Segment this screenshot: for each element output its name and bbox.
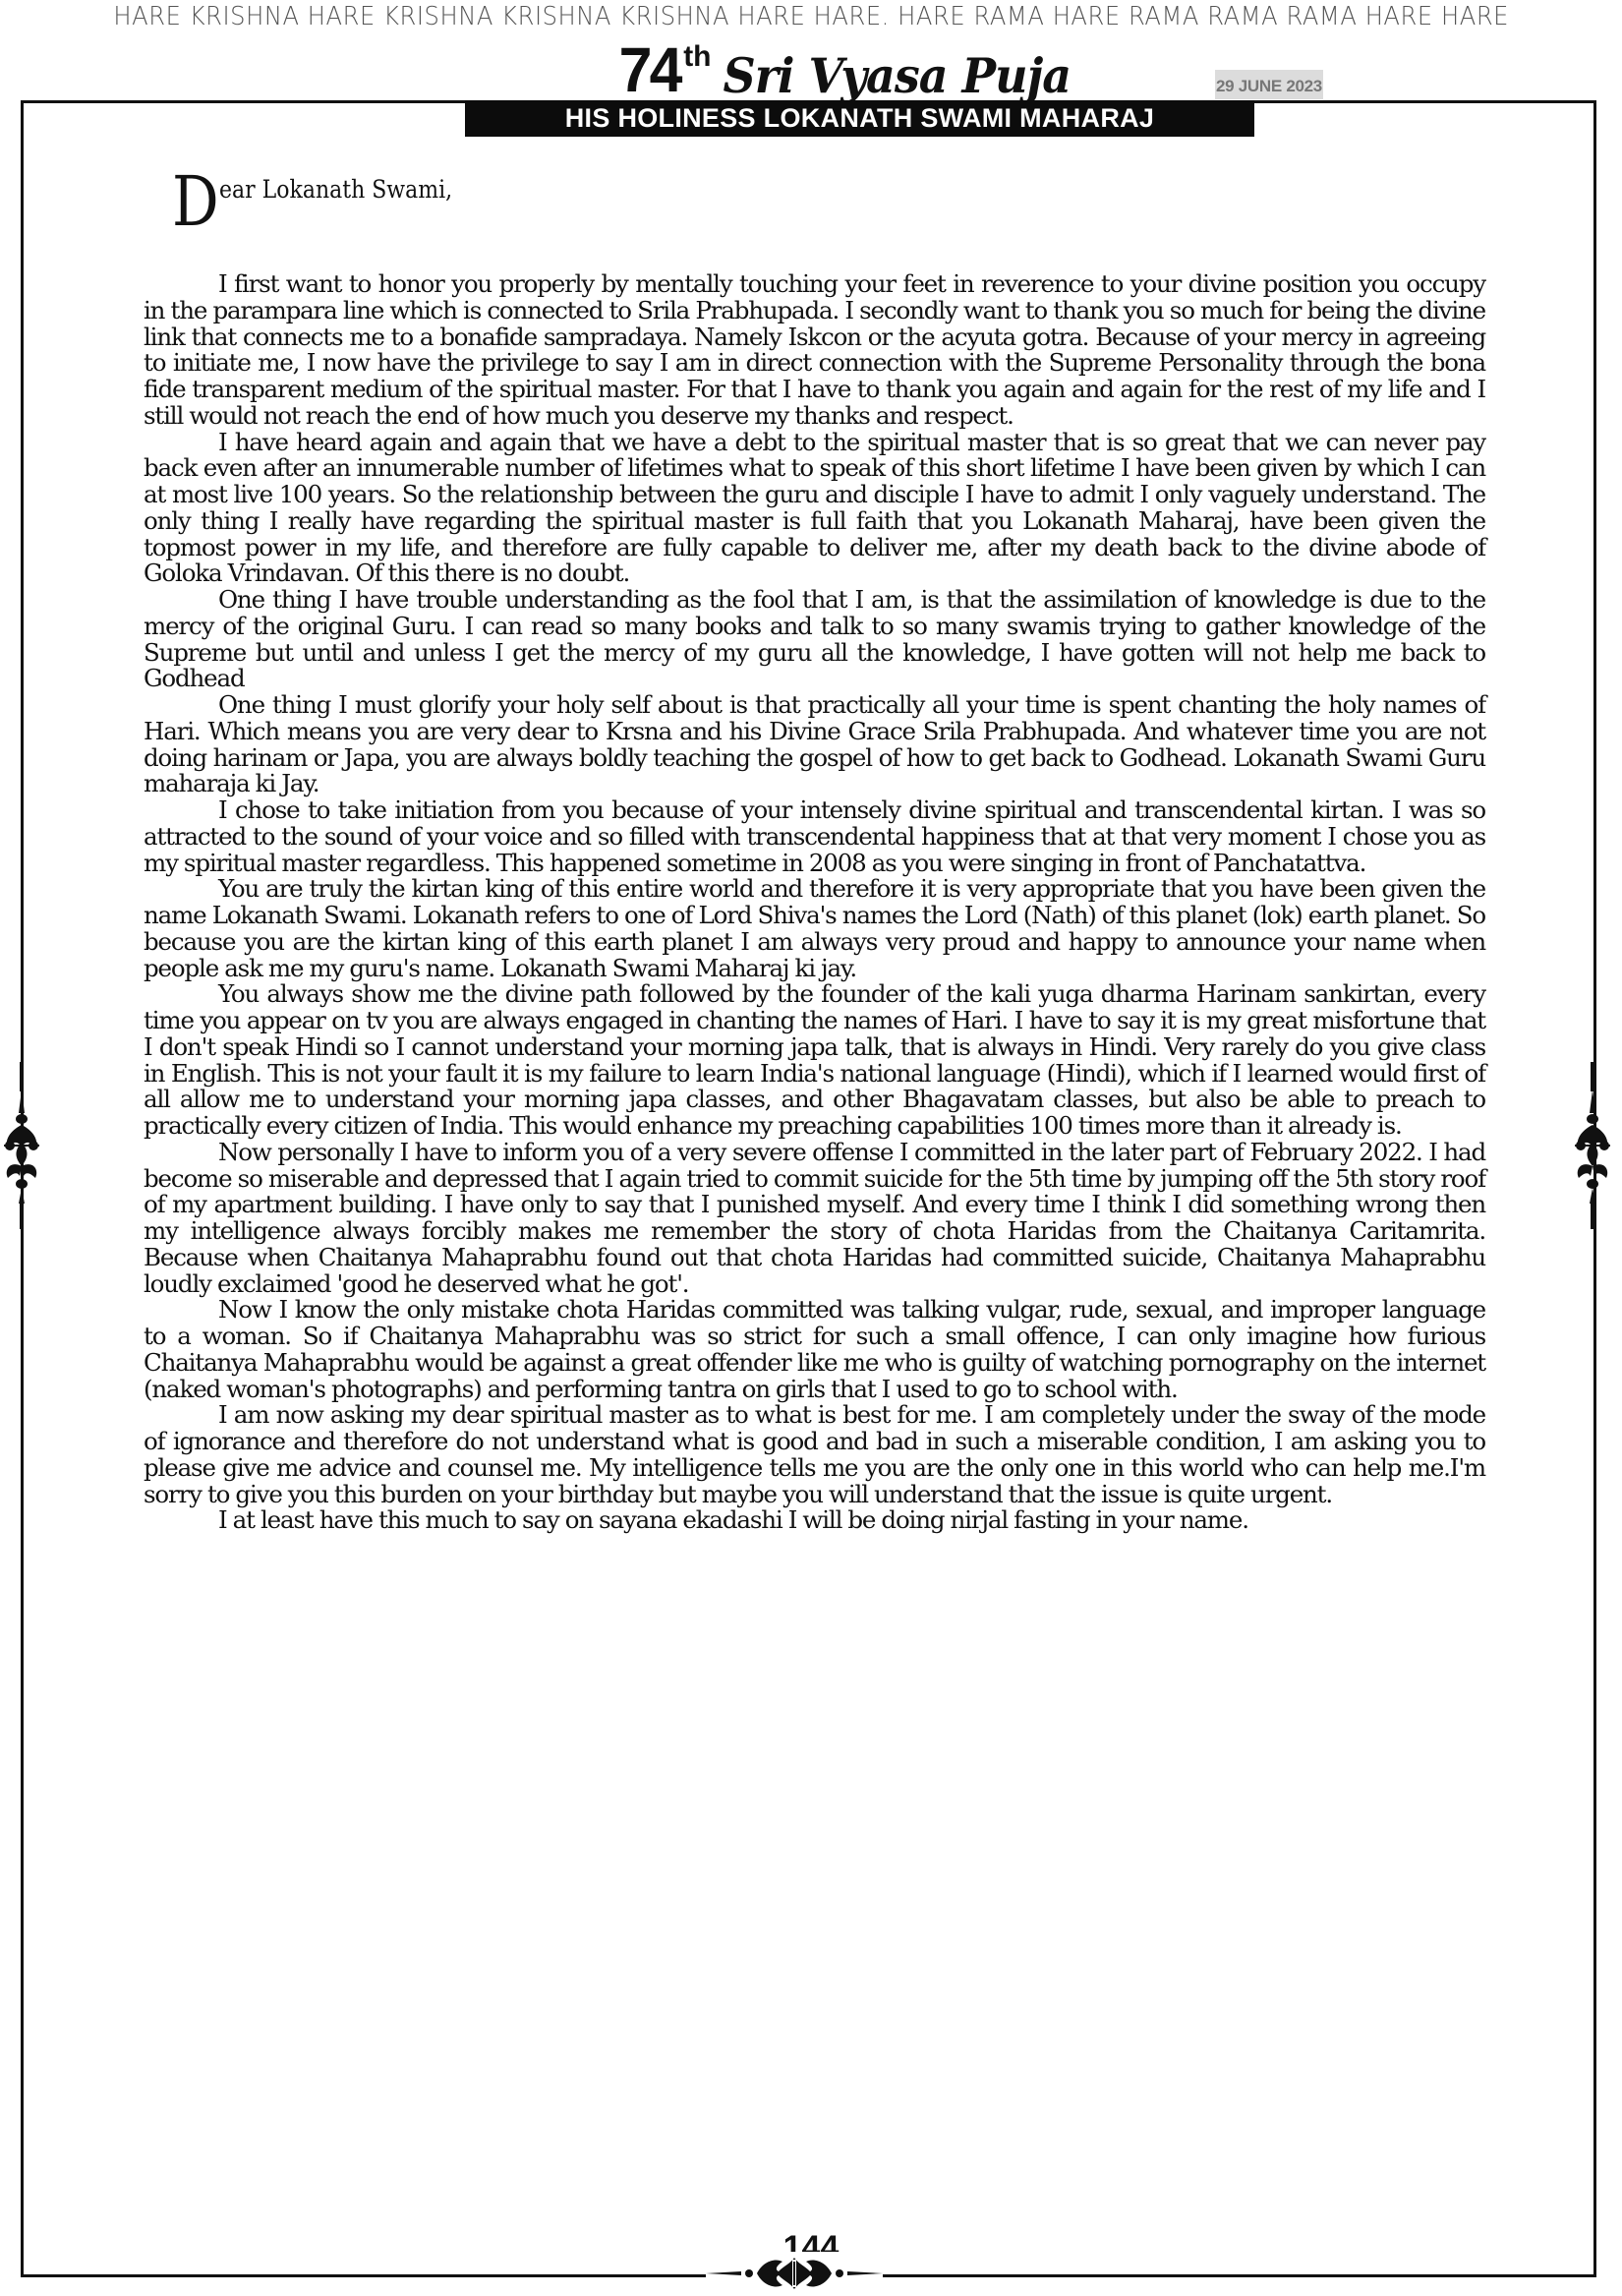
salutation: Dear Lokanath Swami, [172,167,485,236]
title-number: 74 [619,39,680,100]
paragraph: One thing I have trouble understanding a… [144,587,1485,692]
filigree-ornament-icon [1571,1062,1614,1229]
paragraph: One thing I must glorify your holy self … [144,692,1485,797]
paragraph: I chose to take initiation from you beca… [144,797,1485,876]
title-suffix: th [683,40,711,73]
paragraph: I first want to honor you properly by me… [144,271,1485,430]
paragraph: I have heard again and again that we hav… [144,430,1485,588]
mantra-banner: HARE KRISHNA HARE KRISHNA KRISHNA KRISHN… [0,0,1622,33]
date-badge: 29 JUNE 2023 [1215,70,1323,99]
mantra-text: HARE KRISHNA HARE KRISHNA KRISHNA KRISHN… [113,0,1509,33]
title-name: Sri Vyasa Puja [724,43,1072,107]
filigree-ornament-icon [706,2252,883,2295]
letter-body: I first want to honor you properly by me… [144,271,1485,1534]
paragraph: You always show me the divine path follo… [144,981,1485,1140]
drop-cap: D [172,167,219,236]
paragraph: I at least have this much to say on saya… [144,1507,1485,1534]
paragraph: Now I know the only mistake chota Harida… [144,1297,1485,1402]
filigree-ornament-icon [0,1062,43,1229]
paragraph: Now personally I have to inform you of a… [144,1140,1485,1298]
salutation-text: ear Lokanath Swami, [219,175,452,204]
paragraph: You are truly the kirtan king of this en… [144,876,1485,981]
paragraph: I am now asking my dear spiritual master… [144,1402,1485,1507]
honoree-bar: HIS HOLINESS LOKANATH SWAMI MAHARAJ [465,100,1254,137]
page-title: 74thSri Vyasa Puja [617,39,1074,100]
